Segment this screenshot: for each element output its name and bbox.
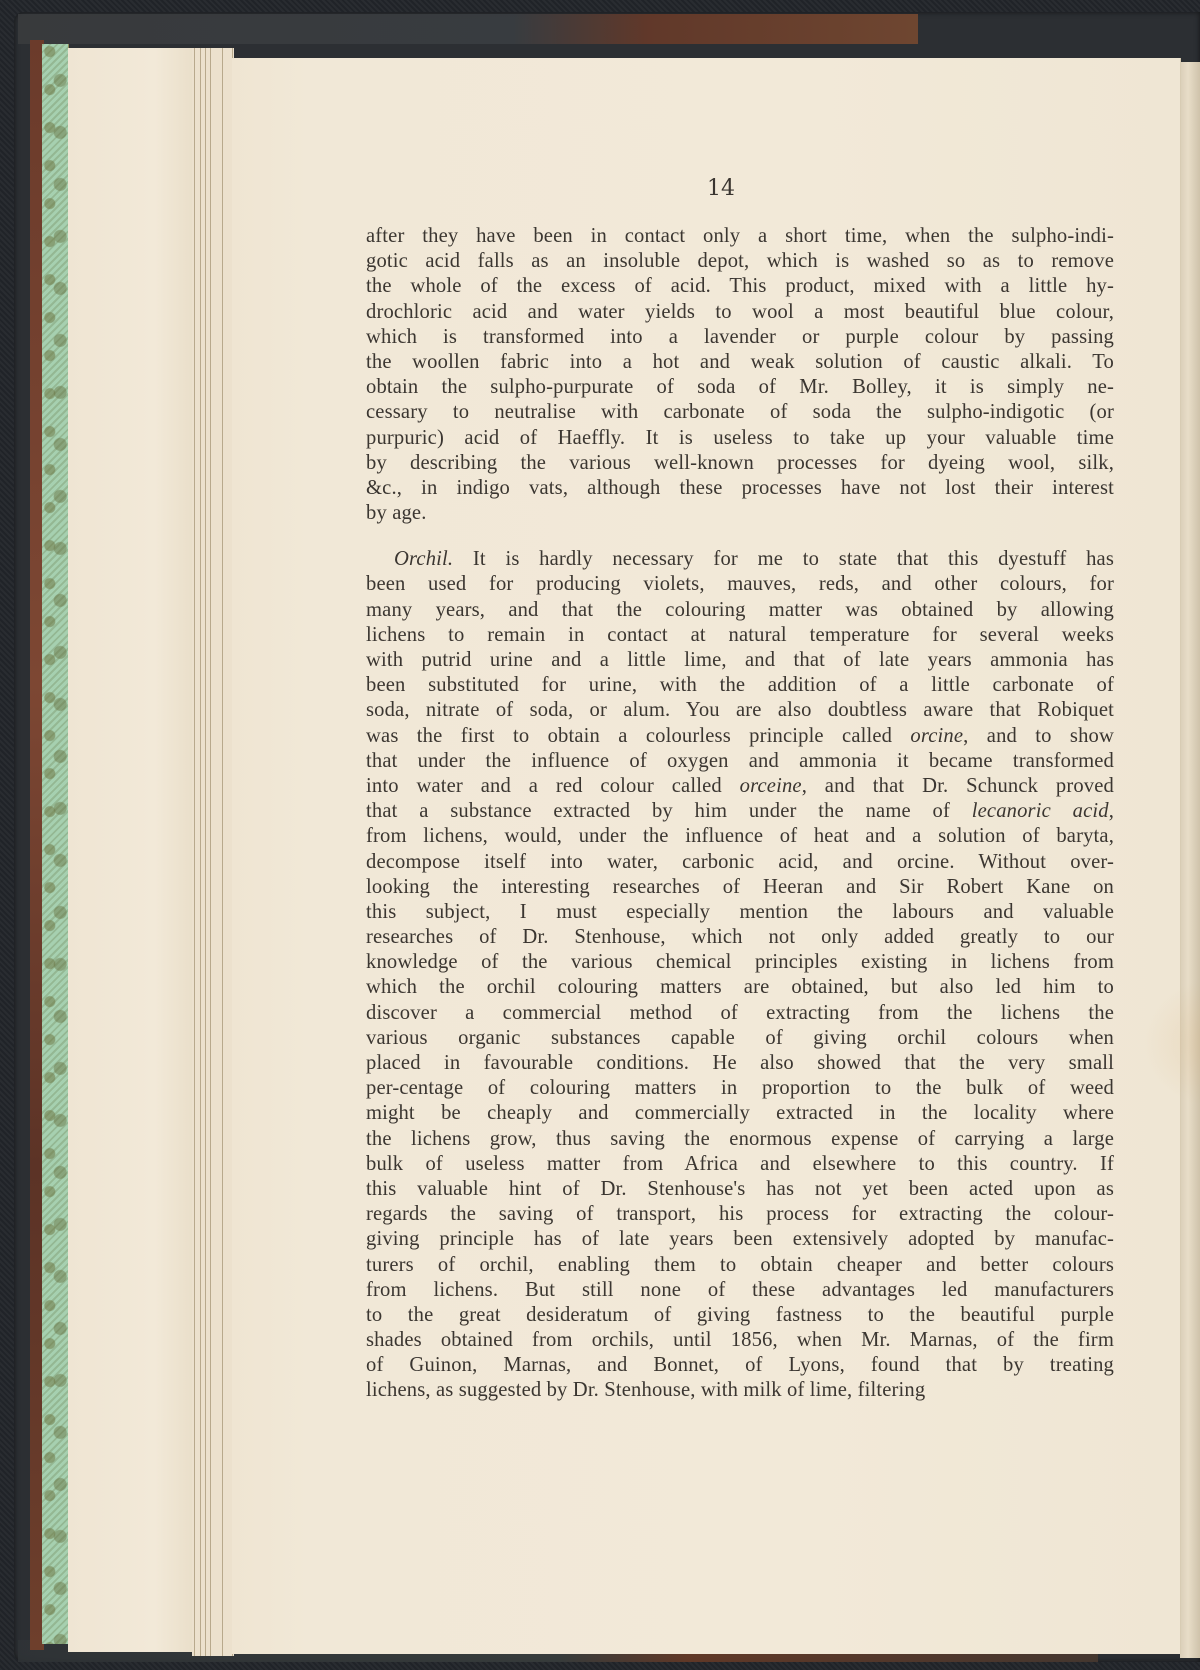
text-line: knowledge of the various chemical princi… [366, 950, 1114, 975]
text-line: after they have been in contact only a s… [366, 224, 1114, 249]
page-number: 14 [232, 176, 1180, 201]
text-line: discover a commercial method of extracti… [366, 1001, 1114, 1026]
text-line: drochloric acid and water yields to wool… [366, 300, 1114, 325]
text-line: from lichens, would, under the influence… [366, 824, 1114, 849]
text-line: might be cheaply and commercially extrac… [366, 1101, 1114, 1126]
text-line: the lichens grow, thus saving the enormo… [366, 1127, 1114, 1152]
text-line: the whole of the excess of acid. This pr… [366, 274, 1114, 299]
text-line: with putrid urine and a little lime, and… [366, 648, 1114, 673]
page-edge-line [222, 48, 223, 1656]
page-edge-line [210, 48, 211, 1656]
text-line: purpuric) acid of Haeffly. It is useless… [366, 426, 1114, 451]
text-line: various organic substances capable of gi… [366, 1026, 1114, 1051]
text-line: per-centage of colouring matters in prop… [366, 1076, 1114, 1101]
text-line: decompose itself into water, carbonic ac… [366, 850, 1114, 875]
book-scan: 14 after they have been in contact only … [0, 0, 1200, 1670]
italic-term: orcine [910, 725, 963, 747]
text-line: of Guinon, Marnas, and Bonnet, of Lyons,… [366, 1353, 1114, 1378]
text-line: this valuable hint of Dr. Stenhouse's ha… [366, 1177, 1114, 1202]
text-line: which is transformed into a lavender or … [366, 325, 1114, 350]
text-line: soda, nitrate of soda, or alum. You are … [366, 698, 1114, 723]
text-line: been substituted for urine, with the add… [366, 673, 1114, 698]
text-line: placed in favourable conditions. He also… [366, 1051, 1114, 1076]
italic-term: lecanoric acid [972, 800, 1109, 822]
paragraph-gap [366, 526, 1114, 547]
paragraph-orchil: Orchil. It is hardly necessary for me to… [366, 547, 1114, 1403]
text-line: regards the saving of transport, his pro… [366, 1202, 1114, 1227]
text-line: lichens to remain in contact at natural … [366, 623, 1114, 648]
text-line: looking the interesting researches of He… [366, 875, 1114, 900]
text-line: was the first to obtain a colourless pri… [366, 724, 1114, 749]
body-text: after they have been in contact only a s… [366, 224, 1114, 1404]
text-line: giving principle has of late years been … [366, 1227, 1114, 1252]
text-line: cessary to neutralise with carbonate of … [366, 400, 1114, 425]
text-line: bulk of useless matter from Africa and e… [366, 1152, 1114, 1177]
text-line: researches of Dr. Stenhouse, which not o… [366, 925, 1114, 950]
text-line: the woollen fabric into a hot and weak s… [366, 350, 1114, 375]
text-line: to the great desideratum of giving fastn… [366, 1303, 1114, 1328]
paragraph-indigo: after they have been in contact only a s… [366, 224, 1114, 526]
text-line: obtain the sulpho-purpurate of soda of M… [366, 375, 1114, 400]
text-line: gotic acid falls as an insoluble depot, … [366, 249, 1114, 274]
text-line: many years, and that the colouring matte… [366, 598, 1114, 623]
page-edge-right [1180, 62, 1200, 1658]
page-edge-line [194, 48, 195, 1656]
text-line: Orchil. It is hardly necessary for me to… [366, 547, 1114, 572]
text-line: been used for producing violets, mauves,… [366, 572, 1114, 597]
text-line: turers of orchil, enabling them to obtai… [366, 1253, 1114, 1278]
text-line: which the orchil colouring matters are o… [366, 975, 1114, 1000]
left-page-blank [68, 48, 192, 1652]
marbled-endpaper [42, 44, 69, 1644]
italic-term: orceine [740, 775, 802, 797]
text-line: by age. [366, 501, 1114, 526]
text-line: that under the influence of oxygen and a… [366, 749, 1114, 774]
text-line: from lichens. But still none of these ad… [366, 1278, 1114, 1303]
right-page: 14 after they have been in contact only … [232, 58, 1180, 1654]
text-line: this subject, I must especially mention … [366, 900, 1114, 925]
text-line: that a substance extracted by him under … [366, 799, 1114, 824]
text-line: into water and a red colour called orcei… [366, 774, 1114, 799]
section-heading: Orchil. [394, 548, 453, 570]
text-line: &c., in indigo vats, although these proc… [366, 476, 1114, 501]
cover-leather-top [18, 14, 918, 44]
page-edge-line [205, 48, 206, 1656]
text-line: by describing the various well-known pro… [366, 451, 1114, 476]
page-stack-gutter [192, 48, 234, 1656]
page-edge-line [200, 48, 201, 1656]
text-line: lichens, as suggested by Dr. Stenhouse, … [366, 1378, 1114, 1403]
text-line: shades obtained from orchils, until 1856… [366, 1328, 1114, 1353]
